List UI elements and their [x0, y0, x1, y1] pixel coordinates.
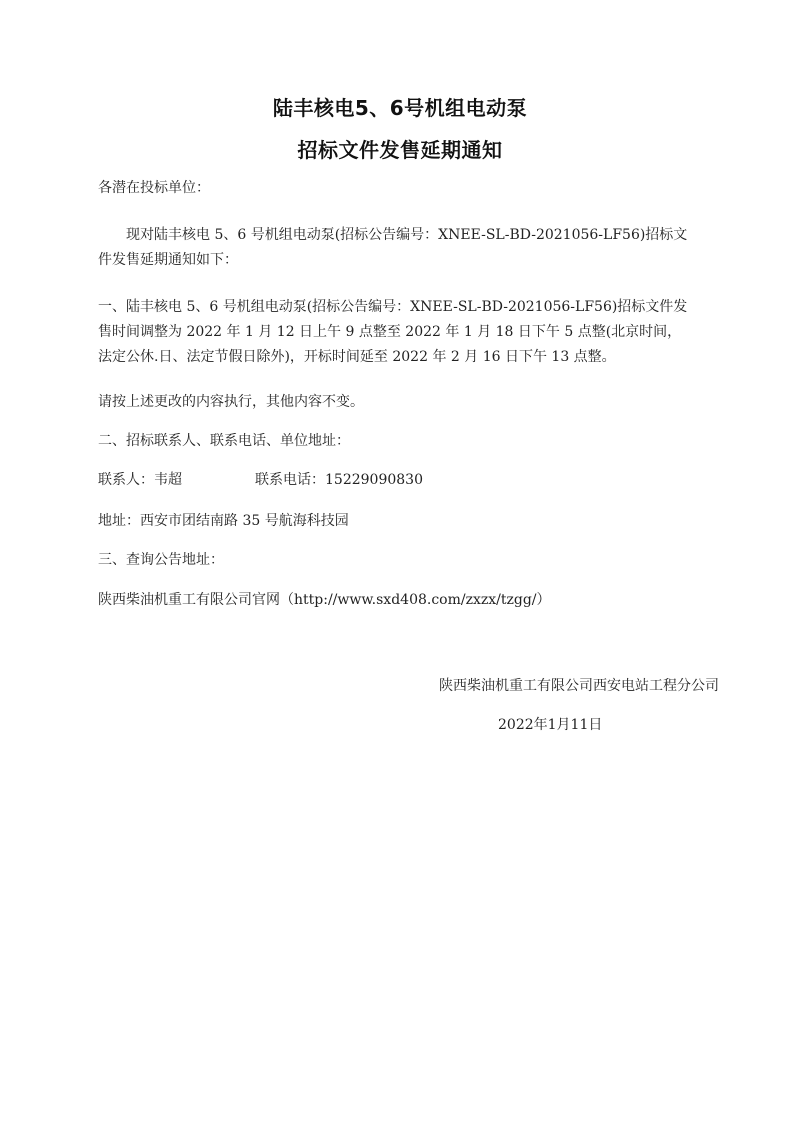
intro-line1: 现对陆丰核电 5、6 号机组电动泵(招标公告编号：XNEE-SL-BD-2021…: [98, 223, 713, 248]
contact-line: 联系人：韦超 联系电话：15229090830: [98, 468, 713, 493]
website-link: 陕西柴油机重工有限公司官网（http://www.sxd408.com/zxzx…: [98, 588, 713, 613]
salutation: 各潜在投标单位：: [98, 176, 713, 201]
section-two-heading: 二、招标联系人、联系电话、单位地址：: [98, 429, 713, 454]
intro-line2: 件发售延期通知如下：: [98, 248, 713, 273]
address-line: 地址：西安市团结南路 35 号航海科技园: [98, 509, 713, 534]
section-one-line2: 售时间调整为 2022 年 1 月 12 日上午 9 点整至 2022 年 1 …: [98, 320, 713, 345]
section-one-line1: 一、陆丰核电 5、6 号机组电动泵(招标公告编号：XNEE-SL-BD-2021…: [98, 295, 713, 320]
note-text: 请按上述更改的内容执行，其他内容不变。: [98, 390, 713, 415]
section-one-paragraph: 一、陆丰核电 5、6 号机组电动泵(招标公告编号：XNEE-SL-BD-2021…: [98, 295, 713, 370]
signature-organization: 陕西柴油机重工有限公司西安电站工程分公司: [439, 675, 719, 695]
contact-person: 联系人：韦超: [98, 472, 182, 488]
document-title-line2: 招标文件发售延期通知: [0, 134, 800, 163]
document-page: 陆丰核电5、6号机组电动泵 招标文件发售延期通知 各潜在投标单位： 现对陆丰核电…: [0, 0, 800, 1131]
contact-phone: 联系电话：15229090830: [255, 468, 423, 493]
intro-paragraph: 现对陆丰核电 5、6 号机组电动泵(招标公告编号：XNEE-SL-BD-2021…: [98, 223, 713, 273]
signature-date: 2022年1月11日: [498, 714, 602, 734]
document-title-line1: 陆丰核电5、6号机组电动泵: [0, 92, 800, 121]
section-three-heading: 三、查询公告地址：: [98, 548, 713, 573]
section-one-line3: 法定公休.日、法定节假日除外)，开标时间延至 2022 年 2 月 16 日下午…: [98, 345, 713, 370]
